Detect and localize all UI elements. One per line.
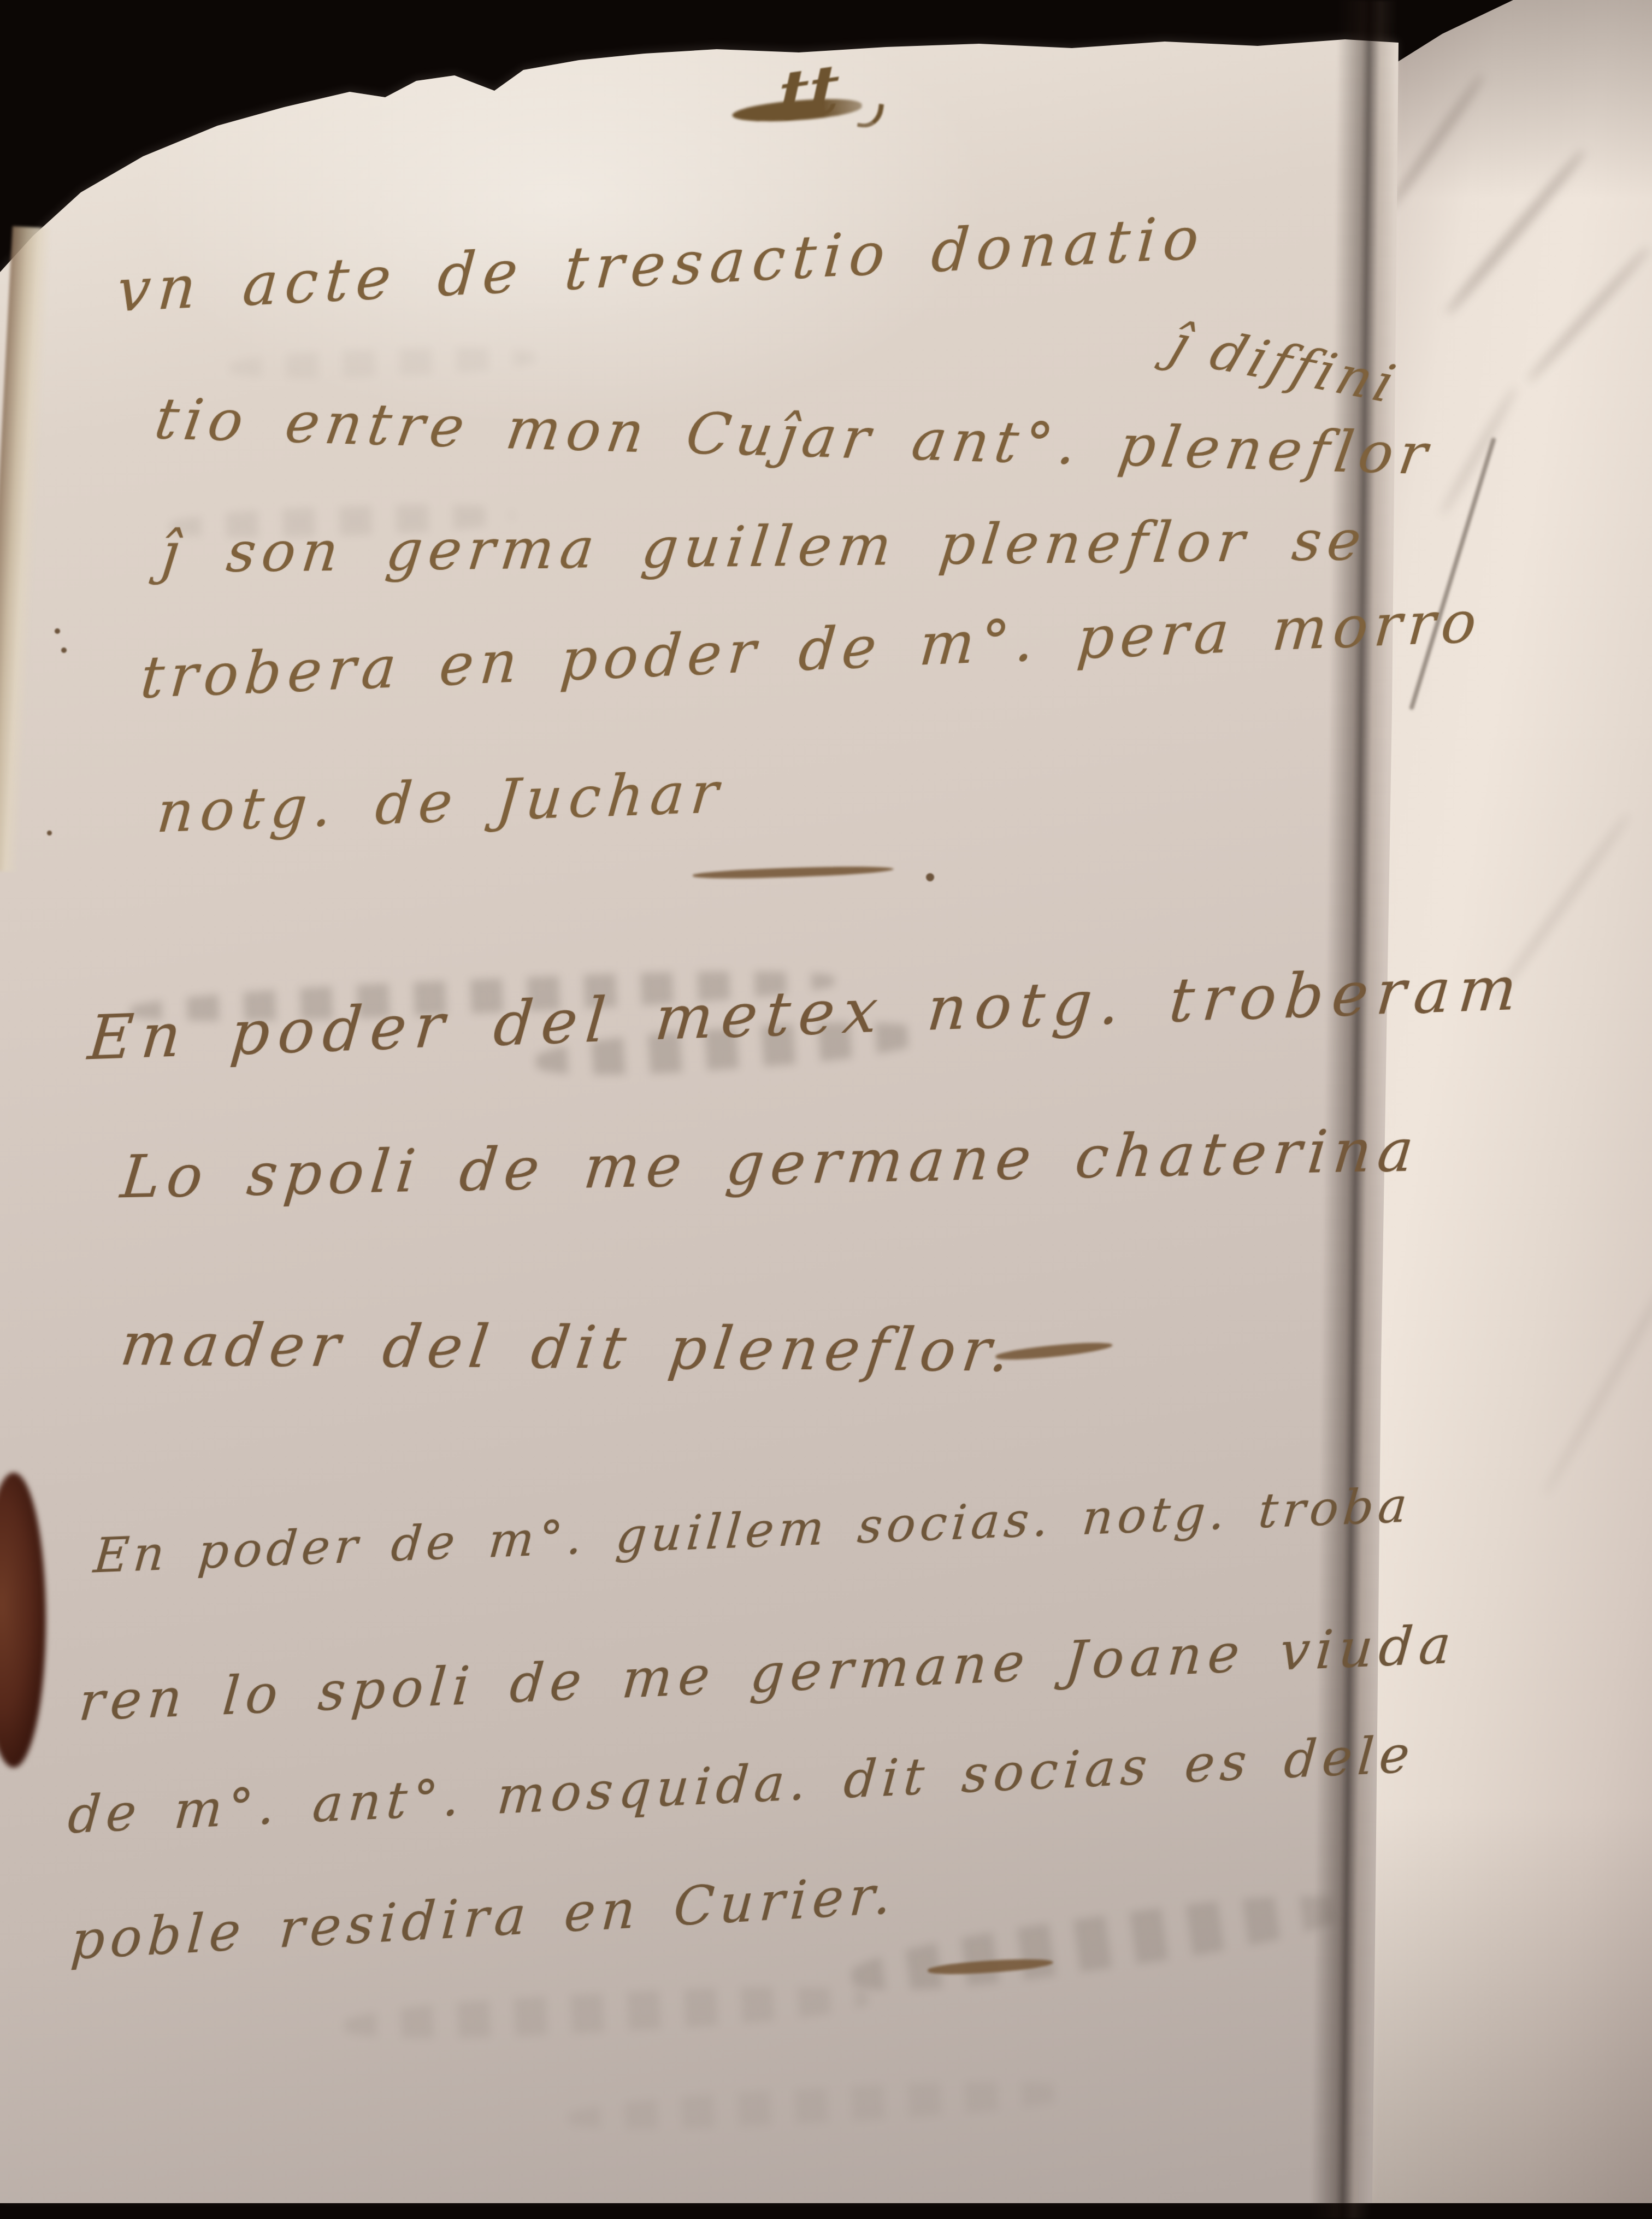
folio-mark-letters: tt — [777, 48, 841, 136]
margin-dots — [55, 628, 60, 634]
ink-dot — [926, 873, 934, 881]
manuscript-photo: tt vn acte de tresactio donatio ĵ diffin… — [0, 0, 1652, 2203]
folio-mark-hook — [857, 101, 884, 130]
handwritten-line-8: mader del dit pleneflor. — [117, 1310, 1020, 1385]
margin-dots — [47, 831, 52, 835]
margin-dots — [61, 648, 67, 653]
folio-mark: tt — [732, 64, 885, 157]
handwritten-line-3: ĵ son germa guillem pleneflor se — [157, 508, 1370, 586]
